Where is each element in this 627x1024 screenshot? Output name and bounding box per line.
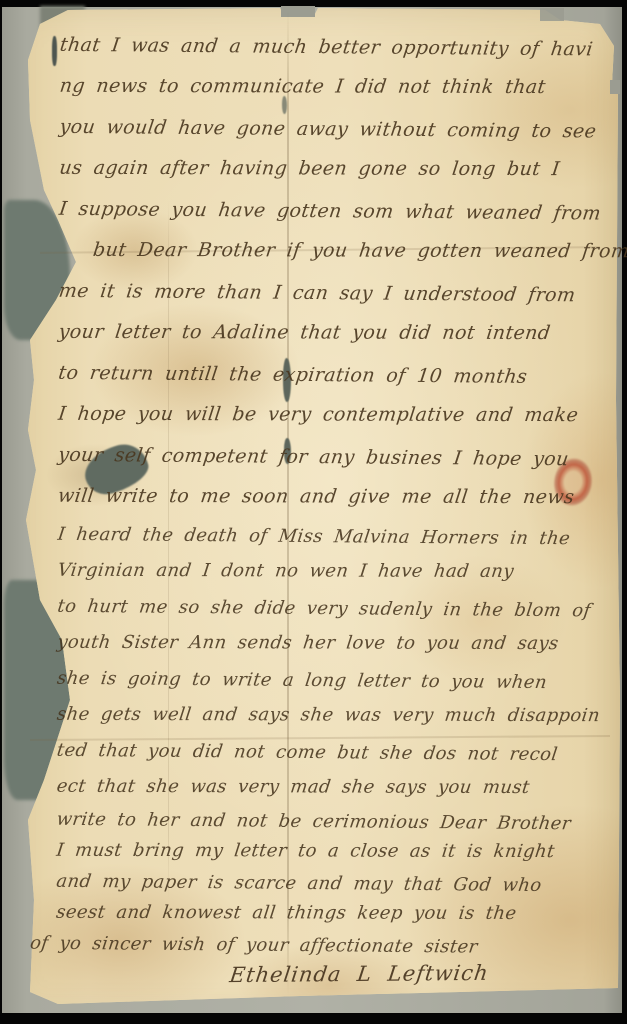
letter-line: to hurt me so she dide very sudenly in t… bbox=[55, 589, 615, 630]
letter-line: Virginian and I dont no wen I have had a… bbox=[55, 553, 616, 590]
letter-line: youth Sister Ann sends her love to you a… bbox=[55, 625, 616, 662]
letter-line: she is going to write a long letter to y… bbox=[55, 661, 615, 702]
signature-line: Ethelinda L Leftwich bbox=[228, 961, 490, 987]
letter-body-text: that I was and a much better opportunity… bbox=[56, 25, 616, 962]
photograph-frame: that I was and a much better opportunity… bbox=[0, 0, 627, 1024]
letter-line: you would have gone away without coming … bbox=[57, 107, 618, 153]
letter-line: of yo sincer wish of your affectionate s… bbox=[28, 929, 614, 965]
letter-line: your self competent for any busines I ho… bbox=[55, 435, 616, 481]
letter-line: your letter to Adaline that you did not … bbox=[56, 312, 617, 354]
letter-line: I heard the death of Miss Malvina Horner… bbox=[55, 517, 615, 558]
letter-line: will write to me soon and give me all th… bbox=[55, 476, 616, 518]
letter-line: me it is more than I can say I understoo… bbox=[56, 271, 617, 317]
letter-line: seest and knowest all things keep you is… bbox=[54, 898, 614, 930]
letter-line: ng news to communicate I did not think t… bbox=[57, 66, 618, 108]
ink-smudge bbox=[52, 36, 57, 66]
letter-line: ect that she was very mad she says you m… bbox=[54, 769, 615, 806]
letter-line: but Dear Brother if you have gotten wean… bbox=[56, 230, 617, 272]
letter-line: us again after having been gone so long … bbox=[57, 148, 618, 190]
letter-line: I hope you will be very contemplative an… bbox=[56, 394, 617, 436]
letter-line: I suppose you have gotten som what weane… bbox=[57, 189, 618, 235]
torn-notch bbox=[540, 8, 564, 21]
letter-line: to return untill the expiration of 10 mo… bbox=[56, 353, 617, 399]
letter-line: she gets well and says she was very much… bbox=[55, 697, 616, 734]
letter-line: ted that you did not come but she dos no… bbox=[55, 733, 615, 774]
letter-line: that I was and a much better opportunity… bbox=[57, 25, 618, 71]
letter-line: I must bring my letter to a close as it … bbox=[54, 836, 614, 868]
